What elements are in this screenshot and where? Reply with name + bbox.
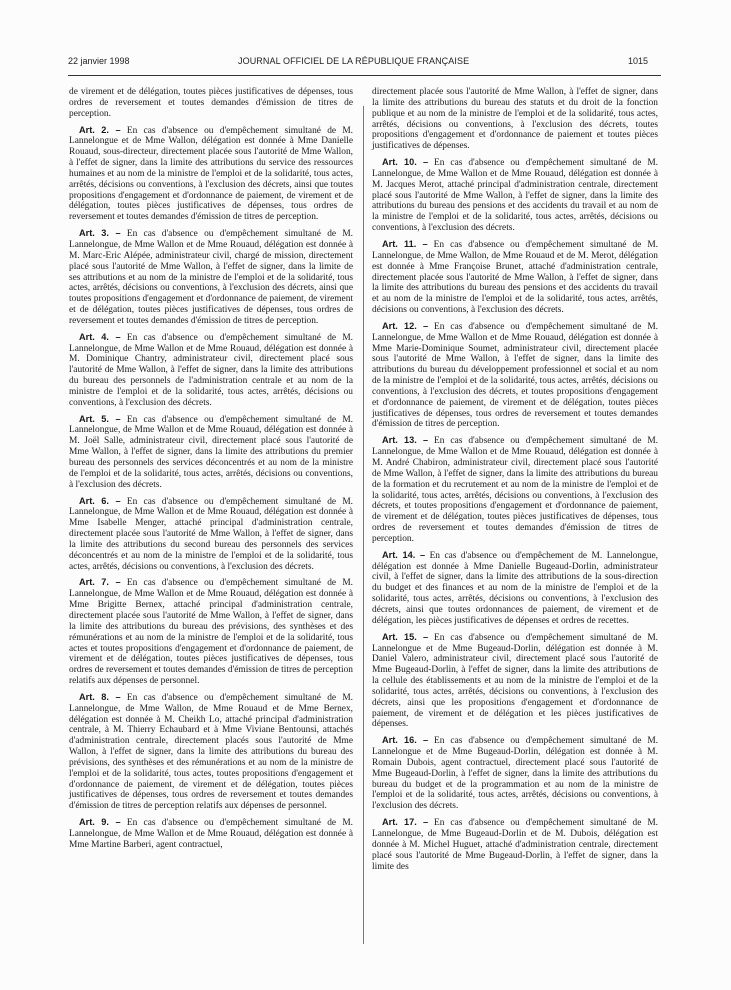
- journal-title: JOURNAL OFFICIEL DE LA RÉPUBLIQUE FRANÇA…: [238, 56, 469, 66]
- article-text: En cas d'absence ou d'empêchement simult…: [372, 736, 658, 811]
- article-text: En cas d'absence ou d'empêchement simult…: [69, 333, 353, 408]
- article-label: Art. 6. –: [79, 496, 121, 506]
- page-header: 22 janvier 1998 JOURNAL OFFICIEL DE LA R…: [68, 56, 608, 70]
- article-text: En cas d'absence ou d'empêchement simult…: [372, 436, 658, 544]
- article-text: En cas d'absence ou d'empêchement simult…: [69, 497, 353, 572]
- article-label: Art. 14. –: [382, 550, 425, 560]
- article-16: Art. 16. – En cas d'absence ou d'empêche…: [372, 735, 658, 812]
- article-10: Art. 10. – En cas d'absence ou d'empêche…: [372, 157, 658, 234]
- article-label: Art. 8. –: [79, 692, 121, 702]
- issue-date: 22 janvier 1998: [68, 56, 130, 66]
- article-text: En cas d'absence ou d'empêchement de M. …: [372, 551, 658, 626]
- article-11: Art. 11. – En cas d'absence ou d'empêche…: [372, 239, 658, 316]
- article-5: Art. 5. – En cas d'absence ou d'empêchem…: [69, 414, 353, 491]
- article-label: Art. 16. –: [382, 735, 428, 745]
- article-text: En cas d'absence ou d'empêchement simult…: [69, 415, 353, 490]
- continuation-paragraph: de virement et de délégation, toutes piè…: [69, 87, 353, 120]
- article-label: Art. 9. –: [79, 817, 121, 827]
- article-text: En cas d'absence ou d'empêchement simult…: [69, 126, 353, 223]
- article-9: Art. 9. – En cas d'absence ou d'empêchem…: [69, 817, 353, 851]
- article-label: Art. 4. –: [79, 332, 121, 342]
- article-8: Art. 8. – En cas d'absence ou d'empêchem…: [69, 692, 353, 812]
- article-7: Art. 7. – En cas d'absence ou d'empêchem…: [69, 577, 353, 686]
- article-4: Art. 4. – En cas d'absence ou d'empêchem…: [69, 332, 353, 409]
- article-text: En cas d'absence ou d'empêchement simult…: [69, 693, 353, 811]
- article-6: Art. 6. – En cas d'absence ou d'empêchem…: [69, 496, 353, 573]
- article-15: Art. 15. – En cas d'absence ou d'empêche…: [372, 632, 658, 731]
- article-text: En cas d'absence ou d'empêchement simult…: [69, 578, 353, 686]
- article-3: Art. 3. – En cas d'absence ou d'empêchem…: [69, 228, 353, 327]
- article-label: Art. 12. –: [382, 321, 428, 331]
- page-number: 1015: [628, 56, 648, 66]
- article-12: Art. 12. – En cas d'absence ou d'empêche…: [372, 321, 658, 430]
- continuation-paragraph: directement placée sous l'autorité de Mm…: [372, 87, 658, 152]
- article-label: Art. 2. –: [79, 125, 121, 135]
- article-text: En cas d'absence ou d'empêchement simult…: [69, 229, 353, 326]
- left-column: de virement et de délégation, toutes piè…: [69, 87, 353, 856]
- article-17: Art. 17. – En cas d'absence ou d'empêche…: [372, 817, 658, 872]
- article-label: Art. 17. –: [382, 817, 428, 827]
- article-label: Art. 10. –: [382, 157, 428, 167]
- right-column: directement placée sous l'autorité de Mm…: [372, 87, 658, 877]
- article-text: En cas d'absence ou d'empêchement simult…: [372, 322, 658, 430]
- article-label: Art. 7. –: [79, 577, 121, 587]
- article-label: Art. 5. –: [79, 414, 121, 424]
- column-divider: [363, 106, 364, 944]
- article-text: En cas d'absence ou d'empêchement simult…: [372, 158, 658, 233]
- header-rule: [68, 75, 661, 76]
- article-label: Art. 13. –: [382, 435, 428, 445]
- article-text: En cas d'absence ou d'empêchement simult…: [372, 633, 658, 730]
- article-14: Art. 14. – En cas d'absence ou d'empêche…: [372, 550, 658, 627]
- article-label: Art. 11. –: [382, 239, 428, 249]
- article-label: Art. 3. –: [79, 228, 121, 238]
- article-text: En cas d'absence ou d'empêchement simult…: [372, 240, 658, 315]
- article-2: Art. 2. – En cas d'absence ou d'empêchem…: [69, 125, 353, 224]
- article-label: Art. 15. –: [382, 632, 428, 642]
- article-13: Art. 13. – En cas d'absence ou d'empêche…: [372, 435, 658, 544]
